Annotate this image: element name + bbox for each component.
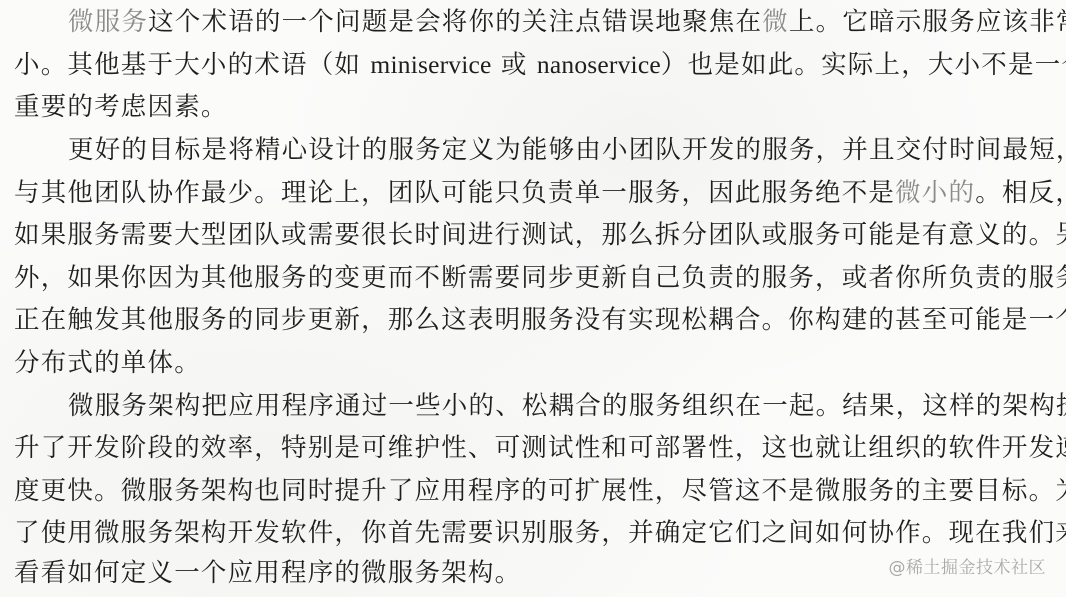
text-segment: ）也是如此。实际上，大小不是一个 <box>661 50 1066 80</box>
scanned-book-page: 微服务这个术语的一个问题是会将你的关注点错误地聚焦在微上。它暗示服务应该非常小。… <box>0 0 1066 597</box>
text-segment: 上。它暗示服务应该非常 <box>789 7 1066 37</box>
text-segment: 。相反， <box>975 178 1066 208</box>
text-segment: 更好的目标是将精心设计的服务定义为能够由小团队开发的服务，并且交付时间最短， <box>68 135 1066 165</box>
text-segment: miniservice <box>370 50 491 79</box>
text-line: 重要的考虑因素。 <box>14 87 1054 127</box>
text-segment: 如果服务需要大型团队或需要很长时间进行测试，那么拆分团队或服务可能是有意义的。另 <box>14 220 1066 250</box>
text-segment: 或 <box>492 50 537 80</box>
text-segment: 微服务架构把应用程序通过一些小的、松耦合的服务组织在一起。结果，这样的架构提 <box>68 391 1066 421</box>
text-segment: 分布式的单体。 <box>14 348 201 378</box>
text-segment: nanoservice <box>537 50 661 79</box>
text-line: 小。其他基于大小的术语（如 miniservice 或 nanoservice）… <box>14 45 1054 85</box>
text-segment: 外，如果你因为其他服务的变更而不断需要同步更新自己负责的服务，或者你所负责的服务 <box>14 263 1066 293</box>
text-line: 度更快。微服务架构也同时提升了应用程序的可扩展性，尽管这不是微服务的主要目标。为 <box>14 471 1054 511</box>
text-line: 正在触发其他服务的同步更新，那么这表明服务没有实现松耦合。你构建的甚至可能是一个 <box>14 300 1054 340</box>
text-segment: 与其他团队协作最少。理论上，团队可能只负责单一服务，因此服务绝不是 <box>14 178 895 208</box>
text-line: 如果服务需要大型团队或需要很长时间进行测试，那么拆分团队或服务可能是有意义的。另 <box>14 215 1054 255</box>
text-segment: 度更快。微服务架构也同时提升了应用程序的可扩展性，尽管这不是微服务的主要目标。为 <box>14 476 1066 506</box>
text-segment: 重要的考虑因素。 <box>14 92 228 122</box>
text-line: 微服务架构把应用程序通过一些小的、松耦合的服务组织在一起。结果，这样的架构提 <box>68 386 1054 426</box>
highlighted-term: 微 <box>762 7 789 37</box>
text-segment: 正在触发其他服务的同步更新，那么这表明服务没有实现松耦合。你构建的甚至可能是一个 <box>14 305 1066 335</box>
highlighted-term: 微服务 <box>68 7 148 37</box>
text-line: 外，如果你因为其他服务的变更而不断需要同步更新自己负责的服务，或者你所负责的服务 <box>14 258 1054 298</box>
watermark: @稀土掘金技术社区 <box>889 553 1047 578</box>
text-line: 微服务这个术语的一个问题是会将你的关注点错误地聚焦在微上。它暗示服务应该非常 <box>68 2 1054 42</box>
text-line: 更好的目标是将精心设计的服务定义为能够由小团队开发的服务，并且交付时间最短， <box>68 130 1054 170</box>
text-line: 了使用微服务架构开发软件，你首先需要识别服务，并确定它们之间如何协作。现在我们来 <box>14 513 1054 553</box>
text-line: 与其他团队协作最少。理论上，团队可能只负责单一服务，因此服务绝不是微小的。相反， <box>14 173 1054 213</box>
text-segment: 小。其他基于大小的术语（如 <box>14 50 370 80</box>
text-line: 升了开发阶段的效率，特别是可维护性、可测试性和可部署性，这也就让组织的软件开发速 <box>14 428 1054 468</box>
text-segment: 升了开发阶段的效率，特别是可维护性、可测试性和可部署性，这也就让组织的软件开发速 <box>14 433 1066 463</box>
text-segment: 了使用微服务架构开发软件，你首先需要识别服务，并确定它们之间如何协作。现在我们来 <box>14 518 1066 548</box>
text-line: 分布式的单体。 <box>14 343 1054 383</box>
highlighted-term: 微小的 <box>895 178 975 208</box>
text-segment: 看看如何定义一个应用程序的微服务架构。 <box>14 558 521 588</box>
text-segment: 这个术语的一个问题是会将你的关注点错误地聚焦在 <box>148 7 762 37</box>
